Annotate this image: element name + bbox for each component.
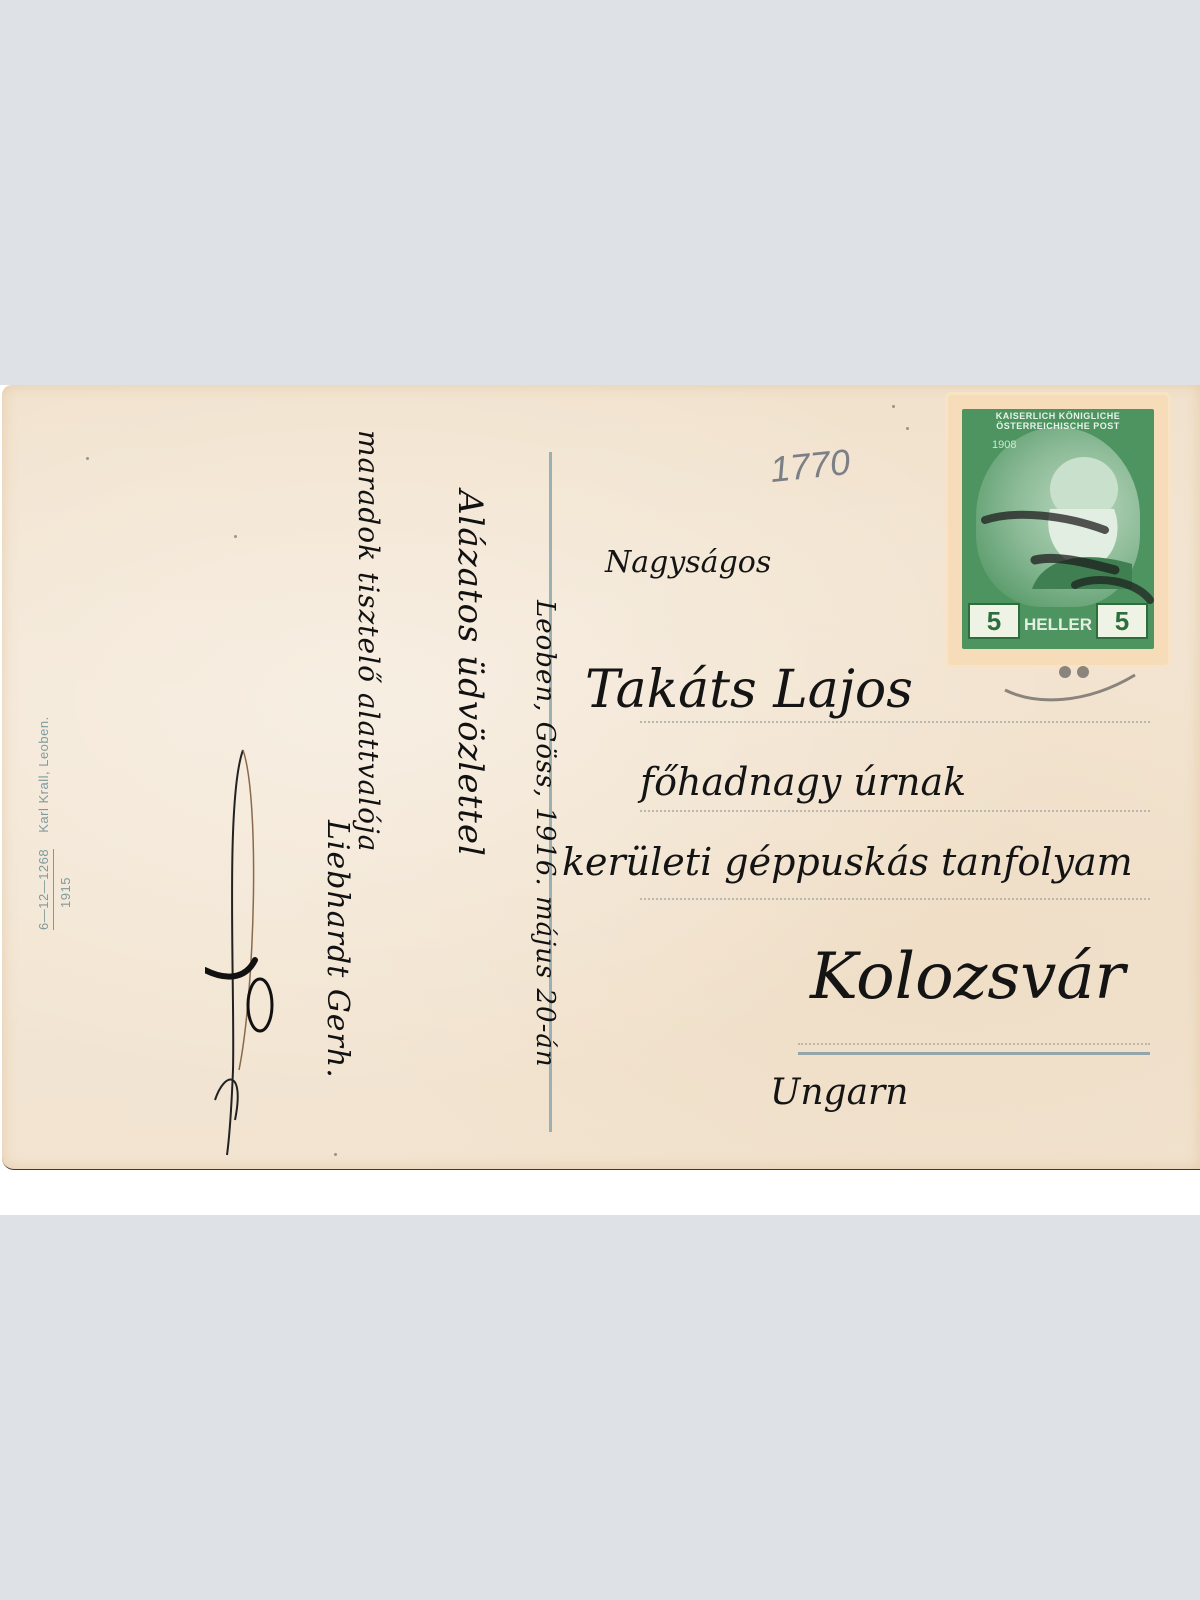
stamp-legend: KAISERLICH KÖNIGLICHE ÖSTERREICHISCHE PO… bbox=[962, 411, 1154, 431]
paper-speck bbox=[86, 457, 89, 460]
address-underline bbox=[798, 1052, 1150, 1055]
paper-speck bbox=[892, 405, 895, 408]
address-salutation: Nagyságos bbox=[605, 545, 771, 580]
imprint-code: 6—12—1268 bbox=[36, 849, 54, 930]
message-line-2: maradok tisztelő alattvalója bbox=[352, 430, 385, 852]
address-line bbox=[640, 898, 1150, 900]
message-line-1: Alázatos üdvözlettel bbox=[450, 490, 490, 857]
address-line bbox=[640, 721, 1150, 723]
address-line bbox=[798, 1043, 1150, 1045]
stamp-frame: KAISERLICH KÖNIGLICHE ÖSTERREICHISCHE PO… bbox=[962, 409, 1154, 649]
paper-speck bbox=[334, 1153, 337, 1156]
address-recipient-name: Takáts Lajos bbox=[585, 660, 913, 720]
address-country: Ungarn bbox=[770, 1072, 908, 1113]
stamp-denomination: HELLER bbox=[1024, 615, 1092, 635]
imprint-year: 1915 bbox=[58, 877, 73, 908]
message-signature: Liebhardt Gerh. bbox=[320, 820, 355, 1079]
stamp-value-right: 5 bbox=[1096, 603, 1148, 639]
signature-flourish bbox=[205, 740, 315, 1160]
postage-stamp: KAISERLICH KÖNIGLICHE ÖSTERREICHISCHE PO… bbox=[948, 395, 1168, 665]
archive-number: 1770 bbox=[768, 441, 852, 491]
paper-speck bbox=[906, 427, 909, 430]
address-rank: főhadnagy úrnak bbox=[640, 760, 966, 804]
message-date-line: Leoben, Göss, 1916. május 20-án bbox=[530, 600, 560, 1068]
paper-speck bbox=[234, 535, 237, 538]
address-unit: kerületi géppuskás tanfolyam bbox=[562, 840, 1133, 884]
address-line bbox=[640, 810, 1150, 812]
emperor-portrait-icon bbox=[1022, 449, 1132, 589]
address-city: Kolozsvár bbox=[810, 940, 1125, 1014]
imprint-publisher: Karl Krall, Leoben. bbox=[36, 716, 51, 832]
stamp-year: 1908 bbox=[992, 439, 1016, 451]
publisher-imprint: 6—12—1268 Karl Krall, Leoben. 1915 bbox=[36, 716, 54, 930]
stamp-value-left: 5 bbox=[968, 603, 1020, 639]
